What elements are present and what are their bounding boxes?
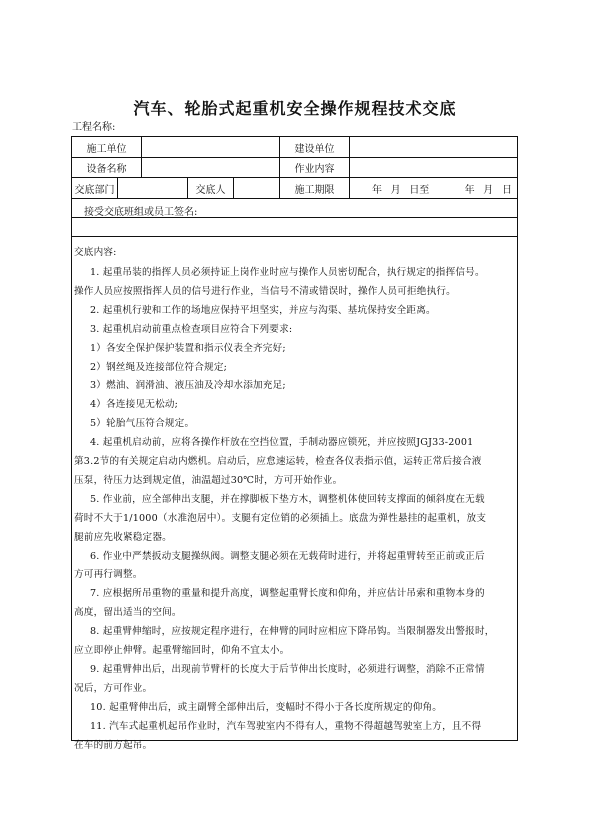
content-line: 1. 起重吊装的指挥人员必须持证上岗作业时应与操作人员密切配合，执行规定的指挥信…: [90, 264, 485, 278]
signature-field[interactable]: [72, 218, 517, 237]
client-unit-label: 建设单位: [280, 137, 350, 157]
start-year: 年: [372, 181, 382, 196]
form-row-signature-label: 接受交底班组或员工签名:: [72, 199, 517, 218]
project-name-label: 工程名称:: [72, 118, 115, 133]
discloser-label: 交底人: [188, 178, 234, 198]
content-line: 方可再行调整。: [74, 566, 143, 580]
content-line: 第3.2节的有关规定启动内燃机。启动后，应怠速运转，检查各仪表指示值，运转正常后…: [74, 453, 482, 467]
content-line: 11. 汽车式起重机起吊作业时，汽车驾驶室内不得有人，重物不得超越驾驶室上方，且…: [90, 718, 481, 732]
content-line: 3）燃油、润滑油、液压油及冷却水添加充足;: [90, 377, 286, 391]
construction-period-field[interactable]: 年 月 日至 年 月 日: [350, 178, 518, 198]
disclosure-dept-label: 交底部门: [72, 178, 118, 198]
content-heading: 交底内容:: [74, 244, 117, 258]
start-month: 月: [391, 181, 401, 196]
content-line: 2. 起重机行驶和工作的场地应保持平坦坚实，并应与沟渠、基坑保持安全距离。: [90, 302, 436, 316]
equipment-name-field[interactable]: [142, 158, 280, 177]
document-title: 汽车、轮胎式起重机安全操作规程技术交底: [0, 96, 590, 119]
content-line: 况后，方可作业。: [74, 680, 152, 694]
construction-unit-field[interactable]: [142, 137, 280, 157]
content-line: 3. 起重机启动前重点检查项目应符合下列要求:: [90, 321, 292, 335]
content-line: 4）各连接见无松动;: [90, 396, 178, 410]
content-line: 2）钢丝绳及连接部位符合规定;: [90, 359, 227, 373]
end-month: 月: [483, 181, 493, 196]
content-line: 8. 起重臂伸缩时，应按规定程序进行，在伸臂的同时应相应下降吊钩。当限制器发出警…: [90, 623, 495, 637]
content-line: 压泵，待压力达到规定值，油温超过30℃时，方可开始作业。: [74, 472, 342, 486]
disclosure-form: 施工单位 建设单位 设备名称 作业内容 交底部门 交底人 施工期限 年 月 日至…: [71, 136, 518, 741]
content-line: 在车的前方起吊。: [74, 737, 152, 751]
work-content-label: 作业内容: [280, 158, 350, 177]
content-line: 操作人员应按照指挥人员的信号进行作业，当信号不清或错误时，操作人员可拒绝执行。: [74, 283, 456, 297]
content-line: 5）轮胎气压符合规定。: [90, 415, 194, 429]
disclosure-dept-field[interactable]: [118, 178, 188, 198]
content-line: 高度，留出适当的空间。: [74, 604, 182, 618]
content-line: 5. 作业前，应全部伸出支腿，并在撑脚板下垫方木，调整机体使回转支撑面的倾斜度在…: [90, 491, 485, 505]
content-line: 10. 起重臂伸出后，或主副臂全部伸出后，变幅时不得小于各长度所规定的仰角。: [90, 699, 442, 713]
start-day-to: 日至: [409, 181, 429, 196]
client-unit-field[interactable]: [350, 137, 518, 157]
content-line: 应立即停止伸臂。起重臂缩回时，仰角不宜太小。: [74, 642, 289, 656]
equipment-name-label: 设备名称: [72, 158, 142, 177]
content-line: 9. 起重臂伸出后，出现前节臂杆的长度大于后节伸出长度时，必须进行调整，消除不正…: [90, 661, 485, 675]
content-line: 腿前应先收紧稳定器。: [74, 529, 172, 543]
content-line: 1）各安全保护保护装置和指示仪表全齐完好;: [90, 340, 286, 354]
signature-label: 接受交底班组或员工签名:: [84, 203, 197, 218]
content-line: 7. 应根据所吊重物的重量和提升高度，调整起重臂长度和仰角，并应估计吊索和重物本…: [90, 585, 485, 599]
end-day: 日: [502, 181, 512, 196]
construction-period-label: 施工期限: [280, 178, 350, 198]
form-row-construction-unit: 施工单位 建设单位: [72, 137, 517, 158]
form-row-disclosure: 交底部门 交底人 施工期限 年 月 日至 年 月 日: [72, 178, 517, 199]
discloser-field[interactable]: [234, 178, 280, 198]
form-row-equipment: 设备名称 作业内容: [72, 158, 517, 178]
content-line: 6. 作业中严禁扳动支腿操纵阀。调整支腿必须在无载荷时进行，并将起重臂转至正前或…: [90, 548, 485, 562]
end-year: 年: [465, 181, 475, 196]
content-line: 4. 起重机启动前，应将各操作杆放在空挡位置，手制动器应锁死，并应按照JGJ33…: [90, 434, 473, 448]
work-content-field[interactable]: [350, 158, 518, 177]
content-line: 荷时不大于1/1000（水准泡居中）。支腿有定位销的必须插上。底盘为弹性悬挂的起…: [74, 510, 486, 524]
construction-unit-label: 施工单位: [72, 137, 142, 157]
